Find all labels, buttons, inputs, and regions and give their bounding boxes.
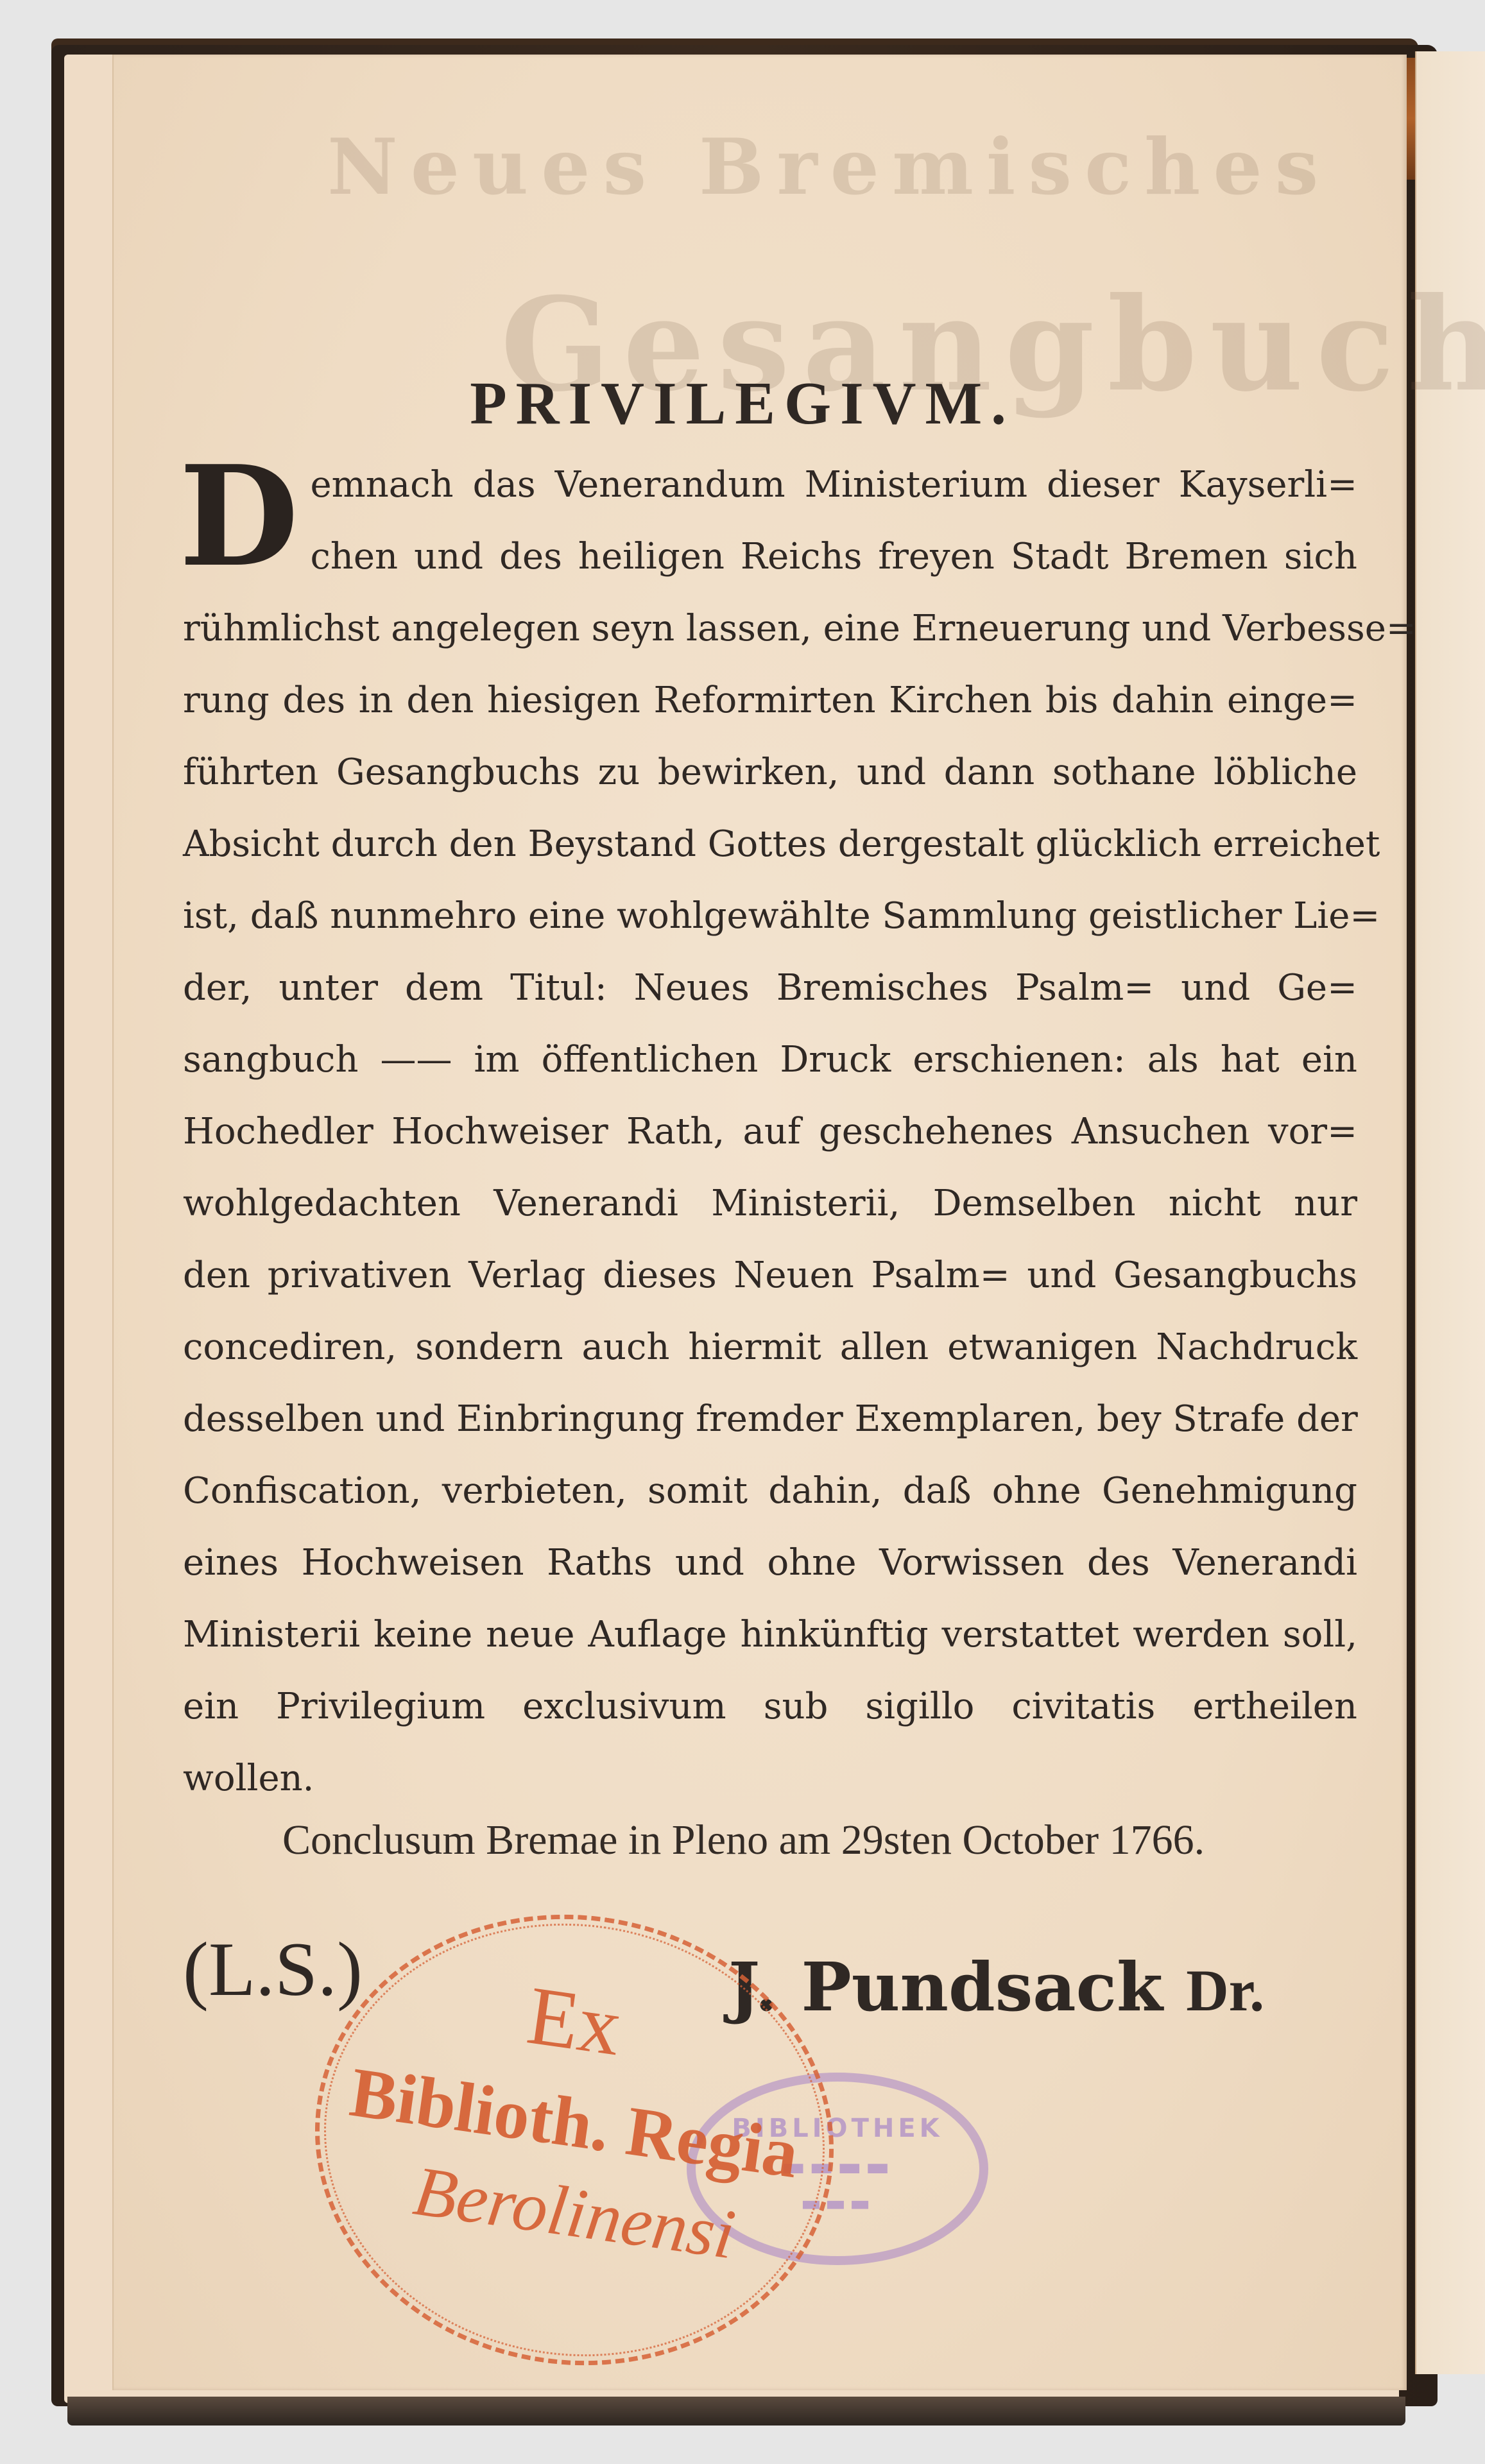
- text-line: Confiscation, verbieten, somit dahin, da…: [183, 1455, 1357, 1527]
- text-line: concediren, sondern auch hiermit allen e…: [183, 1312, 1357, 1383]
- text-line: Absicht durch den Beystand Gottes derges…: [183, 809, 1357, 880]
- page-title: PRIVILEGIVM.: [0, 369, 1485, 438]
- book-bottom-edge: [67, 2397, 1405, 2425]
- text-line: führten Gesangbuchs zu bewirken, und dan…: [183, 737, 1357, 809]
- privilege-body: D emnach das Venerandum Ministerium dies…: [183, 449, 1357, 1815]
- signature-title: Dr.: [1186, 1958, 1264, 2023]
- text-line: wohlgedachten Venerandi Ministerii, Dems…: [183, 1168, 1357, 1240]
- text-line: den privativen Verlag dieses Neuen Psalm…: [183, 1240, 1357, 1312]
- text-line: emnach das Venerandum Ministerium dieser…: [183, 449, 1357, 521]
- text-line: chen und des heiligen Reichs freyen Stad…: [183, 521, 1357, 593]
- text-line: rühmlichst angelegen seyn lassen, eine E…: [183, 593, 1357, 665]
- text-line: Hochedler Hochweiser Rath, auf geschehen…: [183, 1096, 1357, 1168]
- show-through-text: Neues Bremisches: [327, 122, 1331, 212]
- text-line: rung des in den hiesigen Reformirten Kir…: [183, 665, 1357, 737]
- text-line: ein Privilegium exclusivum sub sigillo c…: [183, 1671, 1357, 1743]
- text-line: der, unter dem Titul: Neues Bremisches P…: [183, 952, 1357, 1024]
- drop-cap: D: [179, 456, 298, 577]
- text-line: eines Hochweisen Raths und ohne Vorwisse…: [183, 1527, 1357, 1599]
- text-line: Ministerii keine neue Auflage hinkünftig…: [183, 1599, 1357, 1671]
- text-line: wollen.: [183, 1743, 1357, 1815]
- text-line: sangbuch —— im öffentlichen Druck erschi…: [183, 1024, 1357, 1096]
- photo-stage: Neues Bremisches Gesangbuch PRIVILEGIVM.…: [0, 0, 1485, 2464]
- conclusion-date-line: Conclusum Bremae in Pleno am 29sten Octo…: [282, 1816, 1205, 1865]
- red-library-stamp: Ex Biblioth. Regia Berolinensi: [314, 1915, 834, 2365]
- text-line: desselben und Einbringung fremder Exempl…: [183, 1383, 1357, 1455]
- text-line: ist, daß nunmehro eine wohlgewählte Samm…: [183, 880, 1357, 952]
